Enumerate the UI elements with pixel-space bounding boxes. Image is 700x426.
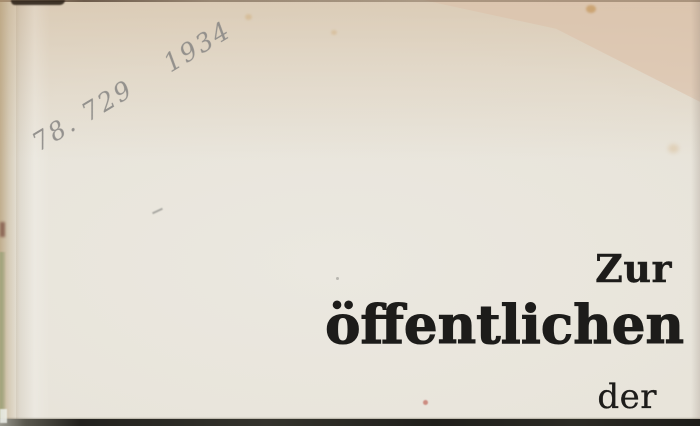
bottom-left-light-patch: [0, 409, 7, 423]
foxing-speck: [331, 30, 337, 35]
right-edge-shadow: [691, 0, 700, 426]
printed-word-der: der: [597, 380, 657, 414]
red-speck: [423, 400, 428, 405]
pencil-stray-dot: [336, 277, 339, 280]
printed-word-oeffentlichen: öffentlichen: [325, 299, 684, 352]
scanned-page: 78. 729 1934 Zur öffentlichen der: [0, 0, 700, 426]
foxing-speck: [668, 144, 679, 153]
foxing-speck: [245, 14, 252, 20]
top-scan-edge: [0, 0, 700, 2]
left-edge-mark: [0, 222, 5, 237]
top-edge-dark-mark: [11, 0, 65, 5]
left-cover-edge: [0, 252, 6, 422]
page-crease-highlight: [16, 0, 50, 426]
printed-word-zur: Zur: [595, 250, 672, 288]
bottom-scan-edge: [0, 419, 700, 426]
foxing-speck: [586, 5, 596, 13]
